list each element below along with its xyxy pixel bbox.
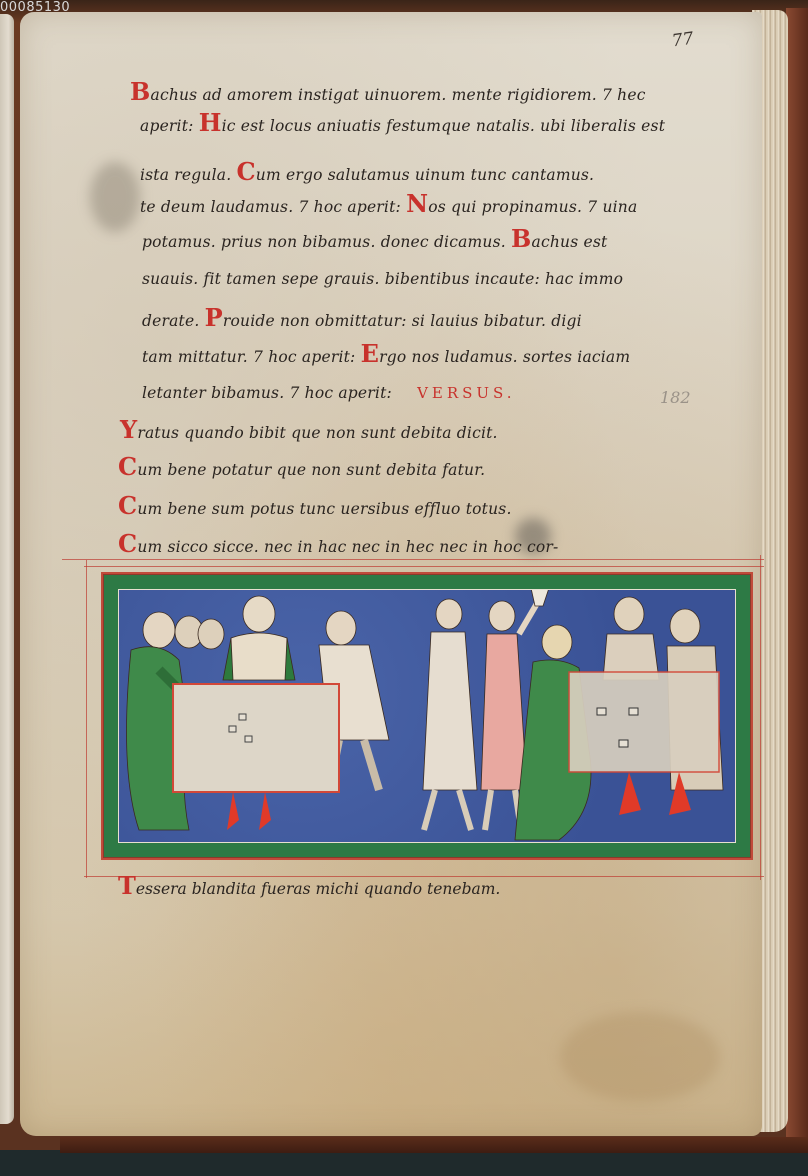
illuminated-miniature <box>103 574 751 858</box>
line-text: suauis. fit tamen sepe grauis. bibentibu… <box>142 270 623 288</box>
rubric-initial: B <box>511 224 532 253</box>
line-text: um ergo salutamus uinum tunc cantamus. <box>256 166 594 184</box>
text-line: potamus. prius non bibamus. donec dicamu… <box>142 229 607 251</box>
miniature-background <box>118 589 736 843</box>
line-text: letanter bibamus. 7 hoc aperit: <box>142 384 392 402</box>
line-text: essera blandita fueras michi quando tene… <box>136 880 501 898</box>
miniature-figures <box>119 590 736 843</box>
folio-number: 77 <box>671 29 695 52</box>
line-text: um bene sum potus tunc uersibus effluo t… <box>137 500 511 518</box>
rubric-initial: H <box>199 108 222 137</box>
scan-id: 00085130 <box>0 0 70 16</box>
rubric-initial: C <box>118 491 137 520</box>
text-line: aperit: Hic est locus aniuatis festumque… <box>140 113 665 135</box>
line-text: achus ad amorem instigat uinuorem. mente… <box>151 86 646 104</box>
text-line: suauis. fit tamen sepe grauis. bibentibu… <box>142 270 623 288</box>
line-text: tam mittatur. 7 hoc aperit: <box>142 348 356 366</box>
line-text: os qui propinamus. 7 uina <box>428 198 637 216</box>
ruling-line <box>86 560 87 878</box>
closing-line: Tessera blandita fueras michi quando ten… <box>118 876 500 898</box>
ruling-line <box>84 566 764 567</box>
rubric-initial: P <box>205 303 223 332</box>
rubric-initial: N <box>406 189 428 218</box>
line-text: achus est <box>532 233 608 251</box>
stain <box>90 162 140 232</box>
line-text: ista regula. <box>140 166 231 184</box>
rubric-initial: E <box>361 339 380 368</box>
text-line: tam mittatur. 7 hoc aperit: Ergo nos lud… <box>142 344 630 366</box>
line-text: te deum laudamus. 7 hoc aperit: <box>140 198 401 216</box>
rubric-initial: C <box>236 157 255 186</box>
verse-line: Cum sicco sicce. nec in hac nec in hec n… <box>118 534 558 556</box>
line-text: ratus quando bibit que non sunt debita d… <box>137 424 497 442</box>
cover-edge-right <box>786 8 808 1148</box>
text-line: letanter bibamus. 7 hoc aperit: VERSUS. <box>142 384 516 402</box>
rubric-initial: C <box>118 452 137 481</box>
verse-line: Yratus quando bibit que non sunt debita … <box>120 420 498 442</box>
verse-line: Cum bene potatur que non sunt debita fat… <box>118 457 485 479</box>
facing-page-edge <box>0 14 14 1124</box>
versus-rubric: VERSUS. <box>417 384 516 402</box>
rubric-initial: T <box>118 871 136 900</box>
stain <box>560 1012 720 1102</box>
ruling-line <box>760 555 761 880</box>
line-text: aperit: <box>140 117 194 135</box>
rubric-initial: B <box>130 77 151 106</box>
ruling-line <box>62 559 764 560</box>
text-line: te deum laudamus. 7 hoc aperit: Nos qui … <box>140 194 637 216</box>
text-line: derate. Prouide non obmittatur: si lauiu… <box>142 308 582 330</box>
line-text: potamus. prius non bibamus. donec dicamu… <box>142 233 506 251</box>
line-text: ic est locus aniuatis festumque natalis.… <box>222 117 666 135</box>
line-text: um bene potatur que non sunt debita fatu… <box>137 461 485 479</box>
line-text: rouide non obmittatur: si lauius bibatur… <box>223 312 582 330</box>
line-text: um sicco sicce. nec in hac nec in hec ne… <box>137 538 558 556</box>
rubric-initial: C <box>118 529 137 558</box>
text-line: ista regula. Cum ergo salutamus uinum tu… <box>140 162 594 184</box>
cover-edge-bottom <box>60 1137 808 1153</box>
rubric-initial: Y <box>120 415 137 444</box>
line-text: derate. <box>142 312 199 330</box>
line-text: rgo nos ludamus. sortes iaciam <box>379 348 630 366</box>
text-line: Bachus ad amorem instigat uinuorem. ment… <box>130 82 646 104</box>
verse-line: Cum bene sum potus tunc uersibus effluo … <box>118 496 512 518</box>
pencil-number: 182 <box>660 388 691 407</box>
